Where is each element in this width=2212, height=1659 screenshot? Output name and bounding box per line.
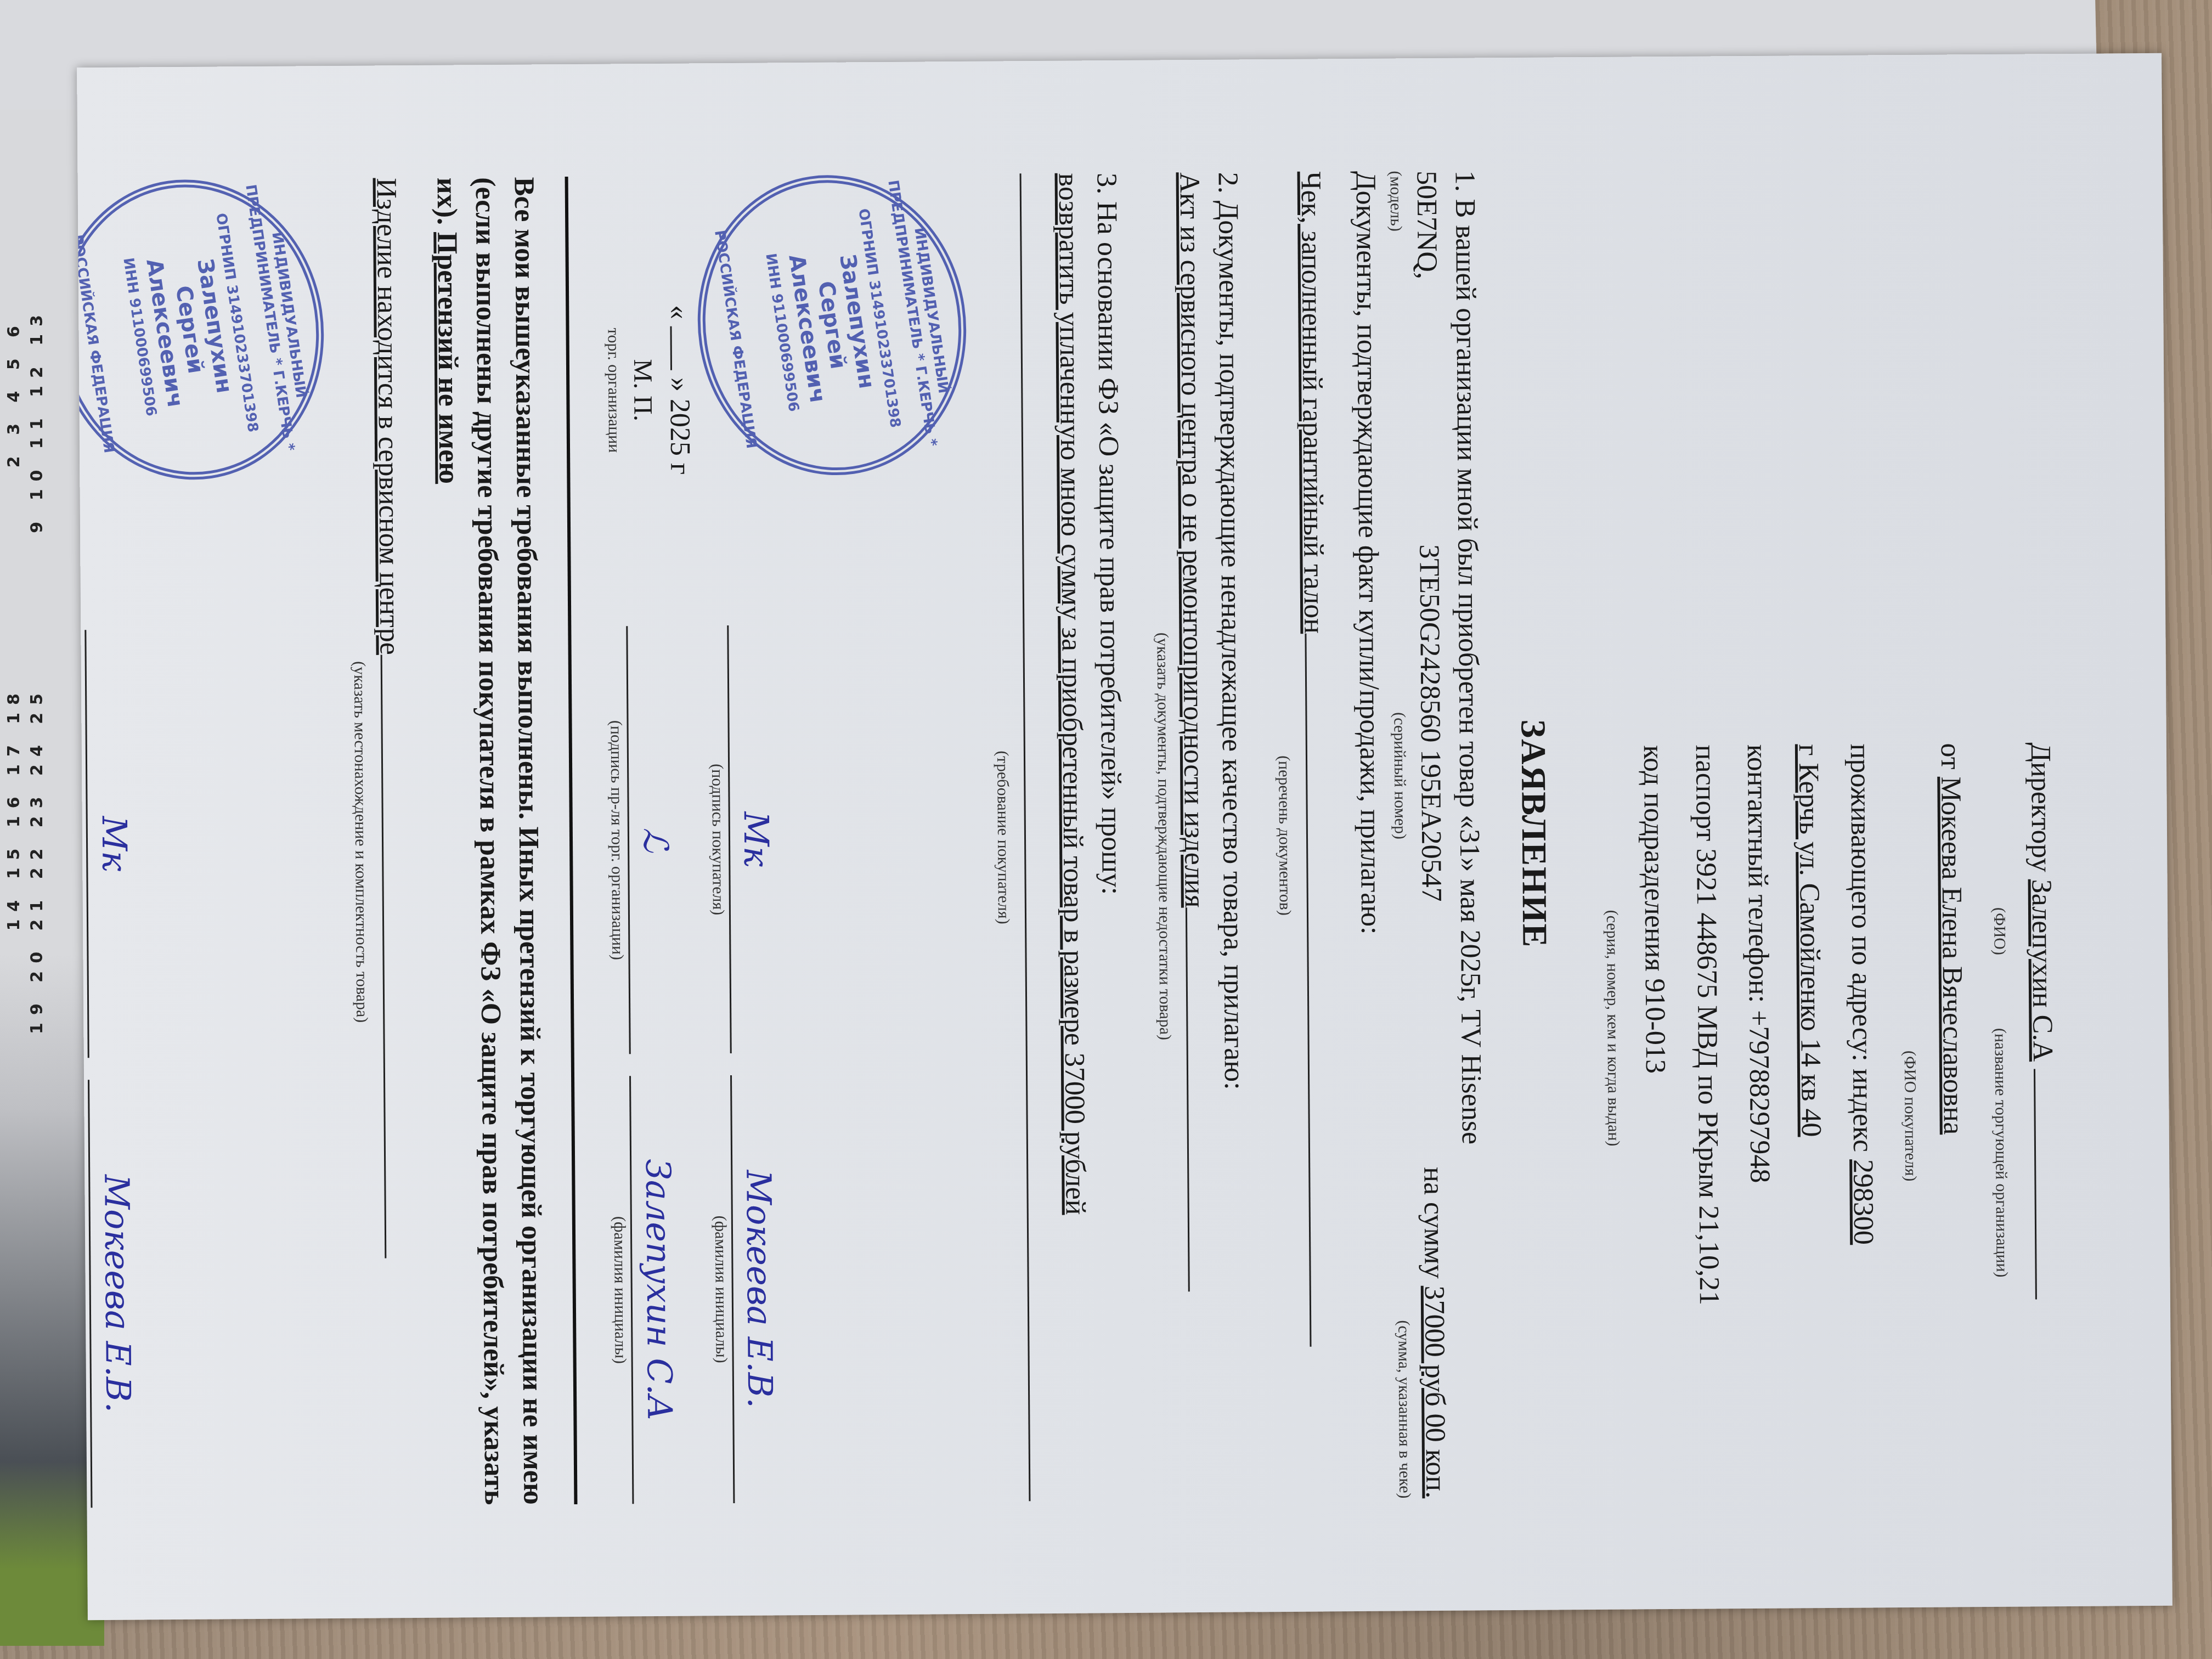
passport-value: 3921 448675 МВД по РКрым 21,10,21 — [1690, 848, 1725, 1305]
sum-hint: (сумма, указанная в чеке) — [1392, 1320, 1416, 1498]
date-year: 2025 г — [664, 399, 696, 475]
seller-name-hint: (фамилия инициалы) — [607, 1076, 633, 1504]
claims-value: Претензий не имею — [431, 232, 464, 484]
section-3-value: возвратить уплаченную мною сумму за прио… — [1052, 173, 1091, 1215]
document-sheet: Директору Залепухин С.А (ФИО) (название … — [77, 53, 2172, 1620]
code-label: код подразделения — [1638, 745, 1671, 972]
stamp-ring-bottom: РОССИЙСКАЯ ФЕДЕРАЦИЯ — [705, 197, 766, 482]
org-label: торг. организации — [601, 176, 626, 604]
seal-place: М. П. — [623, 176, 662, 604]
signature-block-1: ИНДИВИДУАЛЬНЫЙ ПРЕДПРИНИМАТЕЛЬ * Г.КЕРЧЬ… — [601, 174, 974, 1504]
application-document: Директору Залепухин С.А (ФИО) (название … — [119, 89, 2131, 1584]
location-value: Изделие находится в сервисном центре — [371, 178, 405, 655]
address-value: г Керчь ул. Самойленко 14 кв 40 — [1793, 744, 1827, 1137]
section-divider — [565, 177, 577, 1504]
buyer-name-hint: (фамилия инициалы) — [708, 1075, 733, 1503]
section-3: 3. На основании ФЗ «О защите прав потреб… — [987, 173, 1135, 1502]
address-label: проживающего по адресу: — [1844, 743, 1878, 1062]
phone-value: +79788297948 — [1743, 1010, 1775, 1183]
tv-model: 50E7NQ, — [1407, 171, 1446, 279]
section-2: 2. Документы, подтверждающие ненадлежаще… — [1148, 172, 1256, 1500]
calendar-dates: 9 10 11 12 13 — [27, 307, 47, 533]
director-name: Залепухин С.А — [2026, 879, 2058, 1062]
buyer-handwritten-name: Мокеева Е.В. — [735, 1075, 784, 1503]
phone-label: контактный телефон: — [1741, 744, 1774, 1003]
sum-value: 37000 руб 00 коп. — [1418, 1285, 1451, 1498]
passport-label: паспорт — [1690, 744, 1722, 841]
index-label: индекс — [1847, 1069, 1878, 1153]
location: Изделие находится в сервисном центре (ук… — [345, 178, 415, 1506]
postal-index: 298300 — [1847, 1159, 1879, 1245]
date-close-quote: » — [664, 377, 695, 392]
calendar-dates: 2 3 4 5 6 — [4, 318, 24, 467]
conclusion: Все мои вышеуказанные требования выполне… — [427, 177, 552, 1505]
company-stamp: ИНДИВИДУАЛЬНЫЙ ПРЕДПРИНИМАТЕЛЬ * Г.КЕРЧЬ… — [678, 157, 986, 493]
calendar-dates: 14 15 16 17 18 — [4, 686, 24, 931]
calendar-dates: 19 20 21 22 23 24 25 — [27, 686, 47, 1034]
buyer-signature: Мк — [732, 625, 781, 1053]
docs-value: Чек, заполненный гарантийный талон — [1295, 171, 1329, 634]
tv-serial: 3TE50G2428560 195EA20547 — [1409, 544, 1451, 902]
section-2-value: Акт из сервисного центра о не ремонтопри… — [1173, 172, 1210, 908]
document-title: ЗАЯВЛЕНИЕ — [1505, 170, 1562, 1498]
seller-sign-hint: (подпись пр-ля торг. организации) — [604, 626, 629, 1054]
passport-hint: (серия, номер, кем и когда выдан) — [1603, 910, 1623, 1147]
buyer-sign-hint: (подпись покупателя) — [704, 625, 730, 1053]
signature-block-2: ИНДИВИДУАЛЬНЫЙ ПРЕДПРИНИМАТЕЛЬ * Г.КЕРЧЬ… — [77, 178, 332, 1509]
code-value: 910-013 — [1639, 978, 1671, 1074]
buyer-handwritten-name: Мокеева Е.В. — [93, 1080, 142, 1508]
section-3-hint: (требование покупателя) — [987, 173, 1018, 1501]
addressee-block: Директору Залепухин С.А (ФИО) (название … — [1595, 742, 2064, 1497]
company-stamp-2: ИНДИВИДУАЛЬНЫЙ ПРЕДПРИНИМАТЕЛЬ * Г.КЕРЧЬ… — [77, 161, 344, 498]
fio-hint: (ФИО) — [1990, 907, 2009, 955]
seller-handwritten-name: Залепухин С.А — [634, 1076, 683, 1504]
to-label: Директору — [2025, 742, 2057, 872]
buyer-signature: Мк — [89, 630, 138, 1058]
section-1: 1. В вашей организации мной был приобрет… — [1269, 170, 1493, 1499]
from-label: от — [1934, 743, 1966, 769]
buyer-fio-hint: (ФИО покупателя) — [1901, 1051, 1920, 1182]
location-hint: (указать местонахождение и комплектность… — [345, 178, 376, 1506]
org-hint: (название торгующей организации) — [1991, 1028, 2011, 1278]
model-hint: (модель) — [1384, 171, 1407, 232]
serial-hint: (серийный номер) — [1388, 712, 1411, 839]
seller-signature: ℒ — [631, 626, 680, 1054]
date-open-quote: « — [663, 305, 695, 319]
stamp-ring-bottom: РОССИЙСКАЯ ФЕДЕРАЦИЯ — [77, 201, 123, 487]
sum-label: на сумму — [1418, 1167, 1449, 1279]
buyer-full-name: Мокеева Елена Вячеславовна — [1935, 776, 1969, 1135]
